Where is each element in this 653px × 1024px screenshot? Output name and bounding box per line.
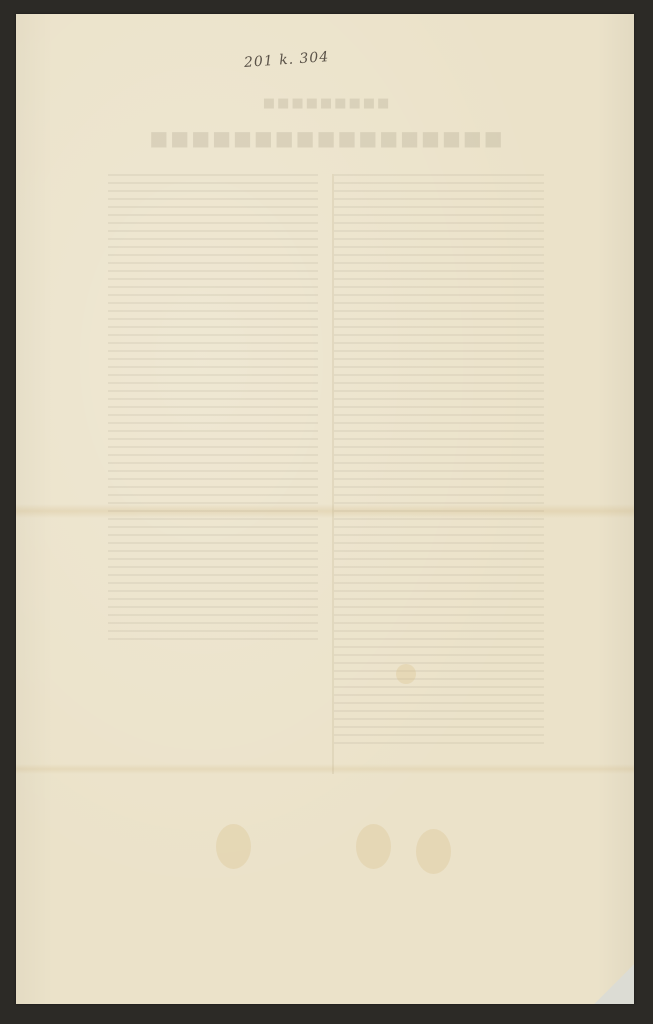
foxing-stain: [416, 829, 451, 874]
foxing-stain: [396, 664, 416, 684]
handwritten-annotation: 201 k. 304: [244, 49, 330, 71]
document-page: ■■■■■■■■■ ■■■■■■■■■■■■■■■■■ 201 k. 304: [16, 14, 634, 1004]
horizontal-fold-line-lower: [16, 764, 634, 774]
horizontal-fold-line: [16, 504, 634, 518]
foxing-stain: [216, 824, 251, 869]
bleed-through-heading-line-1: ■■■■■■■■■: [16, 96, 634, 111]
bleed-through-heading-line-2: ■■■■■■■■■■■■■■■■■: [16, 126, 634, 150]
vertical-fold-line: [332, 174, 334, 774]
corner-damage: [594, 964, 634, 1004]
bleed-through-column-right: [334, 174, 544, 744]
foxing-stain: [356, 824, 391, 869]
bleed-through-column-left: [108, 174, 318, 644]
